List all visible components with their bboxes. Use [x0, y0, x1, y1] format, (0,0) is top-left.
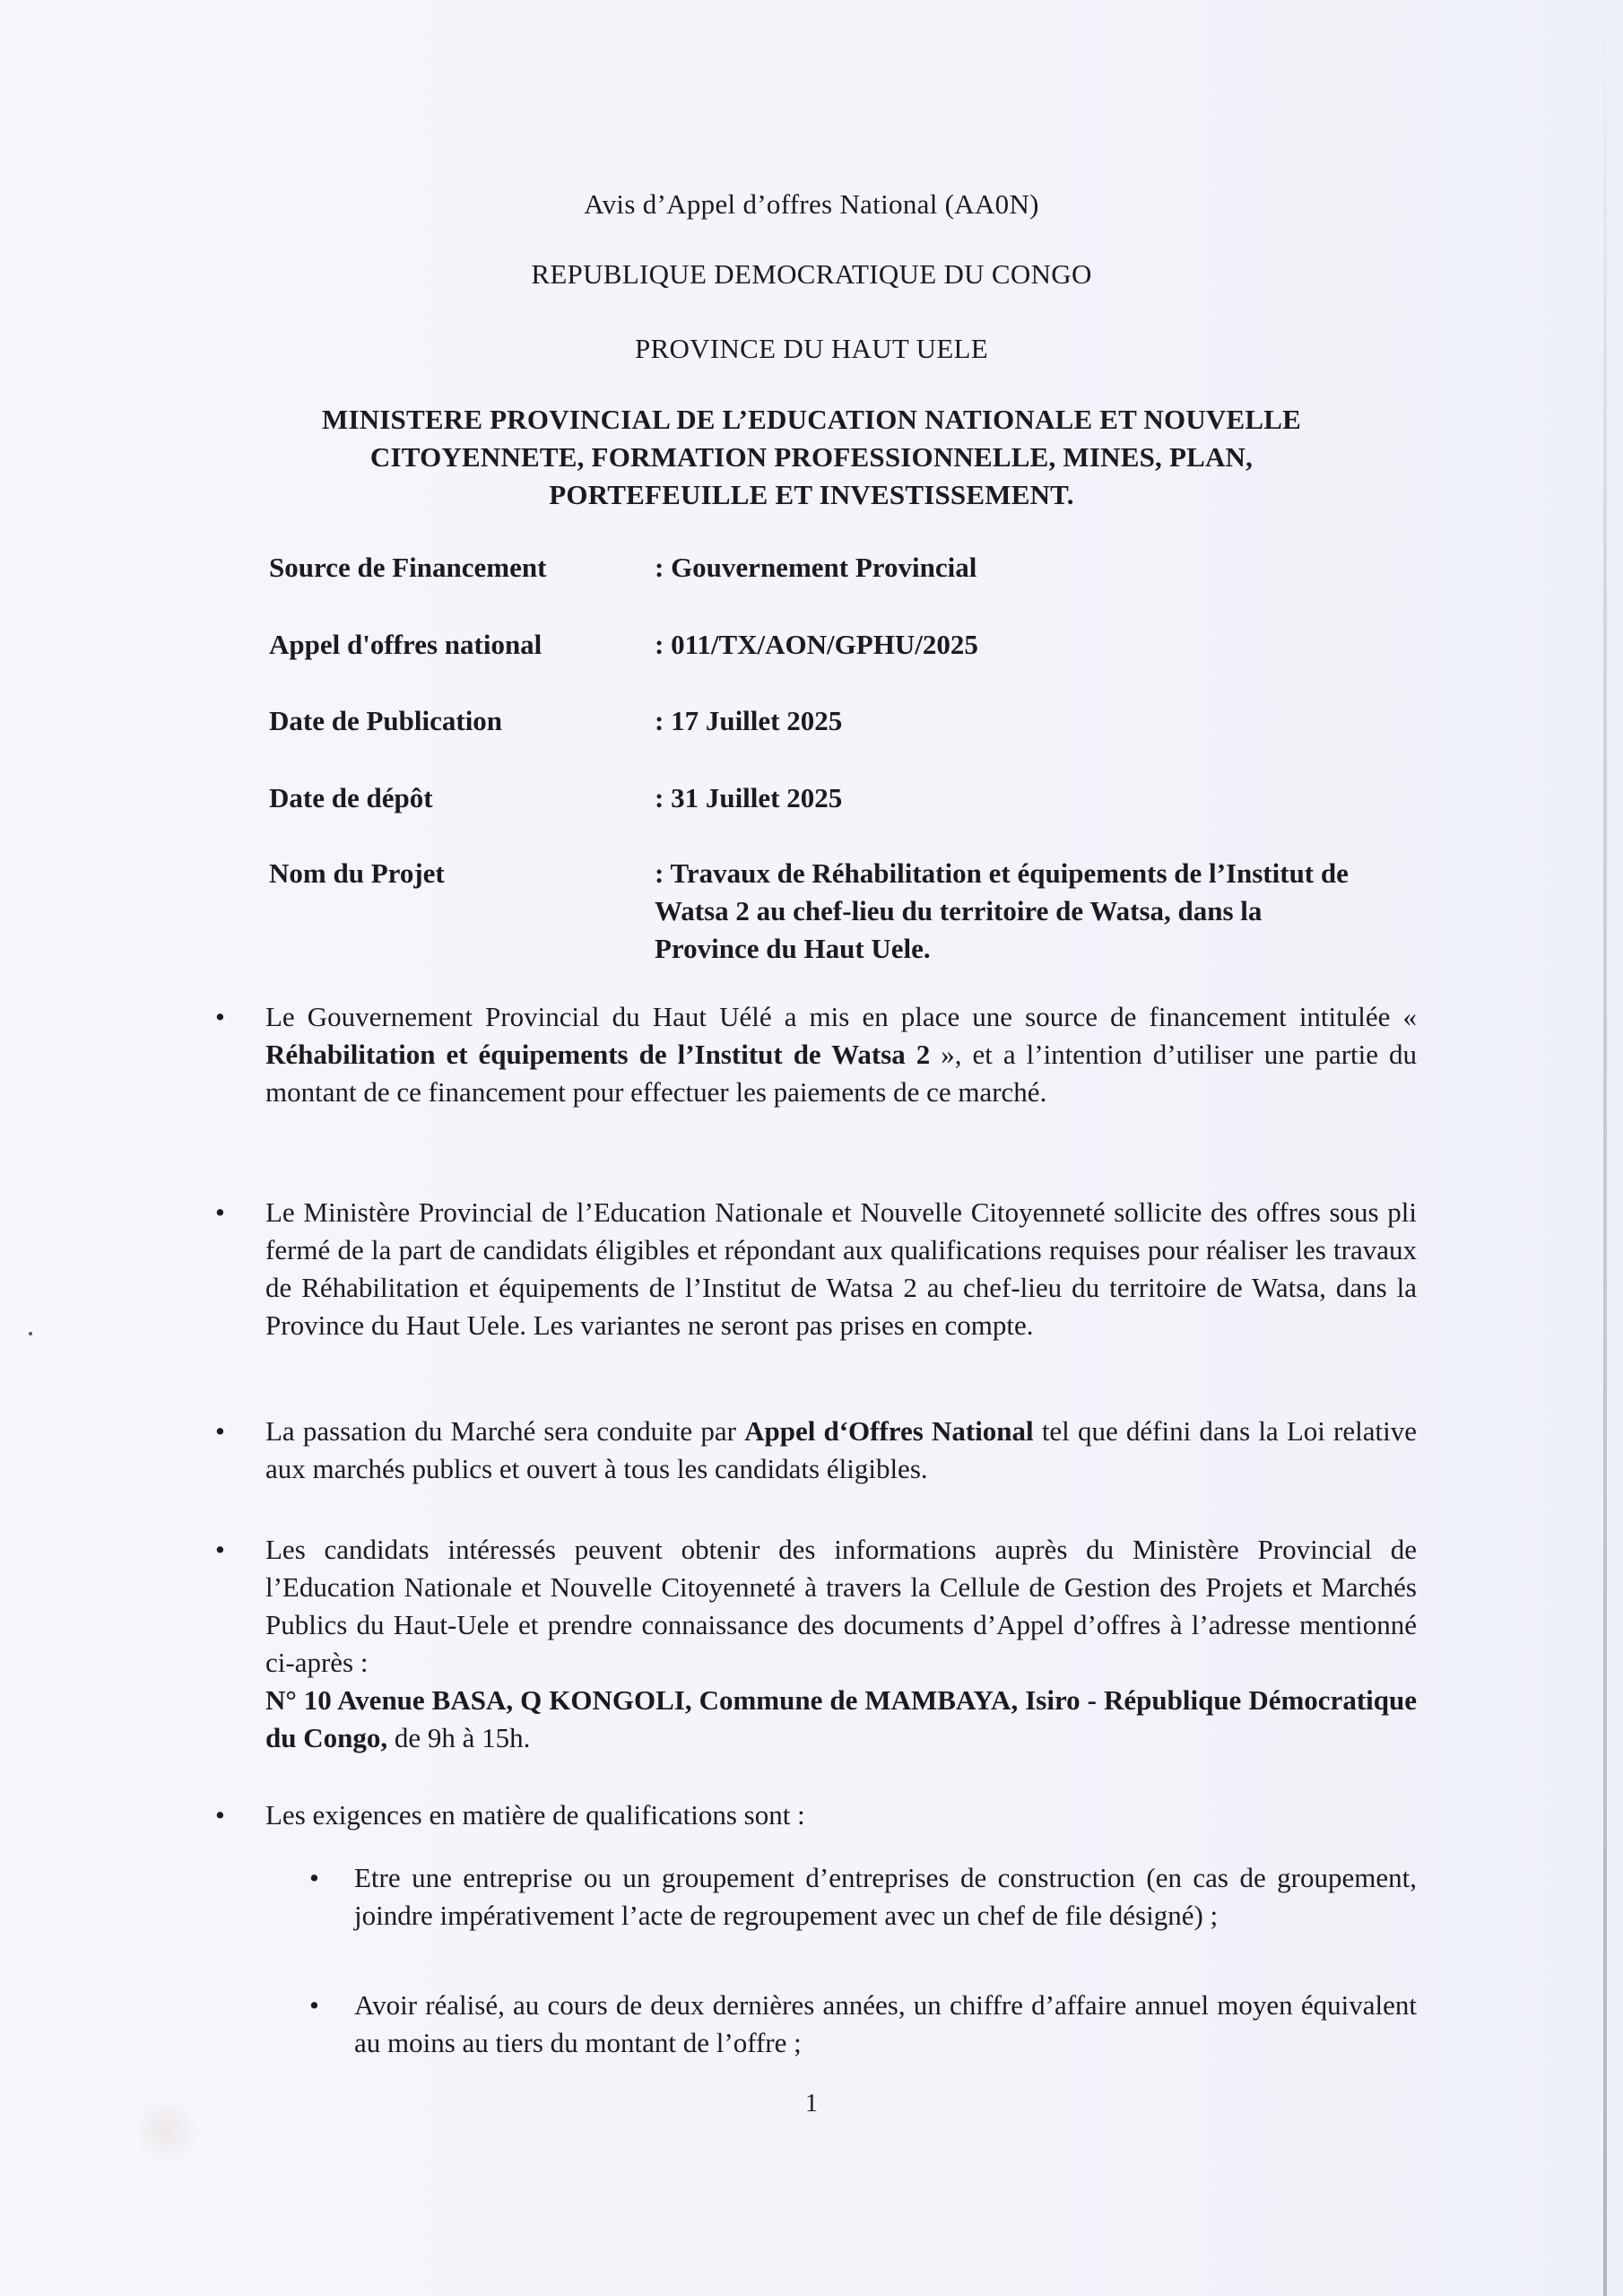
bullet-text: Les candidats intéressés peuvent obtenir… — [265, 1531, 1417, 1757]
text-run: Le Gouvernement Provincial du Haut Uélé … — [265, 1001, 1417, 1032]
sub-bullet-text: Etre une entreprise ou un groupement d’e… — [354, 1859, 1417, 1935]
bullet-icon: • — [215, 1194, 233, 1231]
info-label: Source de Financement — [269, 549, 655, 587]
bullet-text: Les exigences en matière de qualificatio… — [265, 1796, 1417, 1834]
info-value: : Travaux de Réhabilitation et équipemen… — [655, 855, 1354, 968]
bullet-text: Le Gouvernement Provincial du Haut Uélé … — [265, 998, 1417, 1111]
page-number: 1 — [0, 2090, 1623, 2118]
bullet-icon: • — [215, 1531, 233, 1569]
bold-run: Appel d‘Offres National — [744, 1415, 1034, 1447]
info-row-project-name: Nom du Projet : Travaux de Réhabilitatio… — [269, 855, 1354, 968]
info-row-deposit-date: Date de dépôt : 31 Juillet 2025 — [269, 779, 1354, 817]
text-run: de 9h à 15h. — [387, 1722, 530, 1753]
ministry-line-3: PORTEFEUILLE ET INVESTISSEMENT. — [0, 476, 1623, 514]
bullet-icon: • — [215, 1413, 233, 1450]
info-value: : 17 Juillet 2025 — [655, 702, 1354, 740]
info-value: : 31 Juillet 2025 — [655, 779, 1354, 817]
country-heading: REPUBLIQUE DEMOCRATIQUE DU CONGO — [0, 258, 1623, 291]
text-run: Les candidats intéressés peuvent obtenir… — [265, 1534, 1417, 1678]
scan-speck — [29, 1332, 32, 1335]
document-page: Avis d’Appel d’offres National (AA0N) RE… — [0, 0, 1623, 2296]
info-value: : Gouvernement Provincial — [655, 549, 1354, 587]
text-run: La passation du Marché sera conduite par — [265, 1415, 744, 1447]
bullet-icon: • — [215, 998, 233, 1036]
info-label: Date de Publication — [269, 702, 655, 740]
info-label: Nom du Projet — [269, 855, 655, 968]
bullet-text: Le Ministère Provincial de l’Education N… — [265, 1194, 1417, 1344]
info-value: : 011/TX/AON/GPHU/2025 — [655, 626, 1354, 664]
info-label: Date de dépôt — [269, 779, 655, 817]
notice-title: Avis d’Appel d’offres National (AA0N) — [0, 188, 1623, 221]
info-row-publication-date: Date de Publication : 17 Juillet 2025 — [269, 702, 1354, 740]
ministry-line-1: MINISTERE PROVINCIAL DE L’EDUCATION NATI… — [0, 401, 1623, 439]
bullet-icon: • — [309, 1859, 319, 1897]
sub-bullet-text: Avoir réalisé, au cours de deux dernière… — [354, 1987, 1417, 2062]
province-heading: PROVINCE DU HAUT UELE — [0, 333, 1623, 365]
info-row-funding-source: Source de Financement : Gouvernement Pro… — [269, 549, 1354, 587]
bullet-icon: • — [215, 1796, 233, 1834]
bullet-text: La passation du Marché sera conduite par… — [265, 1413, 1417, 1488]
info-label: Appel d'offres national — [269, 626, 655, 664]
bold-run: Réhabilitation et équipements de l’Insti… — [265, 1039, 930, 1070]
ministry-line-2: CITOYENNETE, FORMATION PROFESSIONNELLE, … — [0, 439, 1623, 476]
info-row-tender-number: Appel d'offres national : 011/TX/AON/GPH… — [269, 626, 1354, 664]
bullet-icon: • — [309, 1987, 319, 2024]
ministry-heading: MINISTERE PROVINCIAL DE L’EDUCATION NATI… — [0, 401, 1623, 514]
